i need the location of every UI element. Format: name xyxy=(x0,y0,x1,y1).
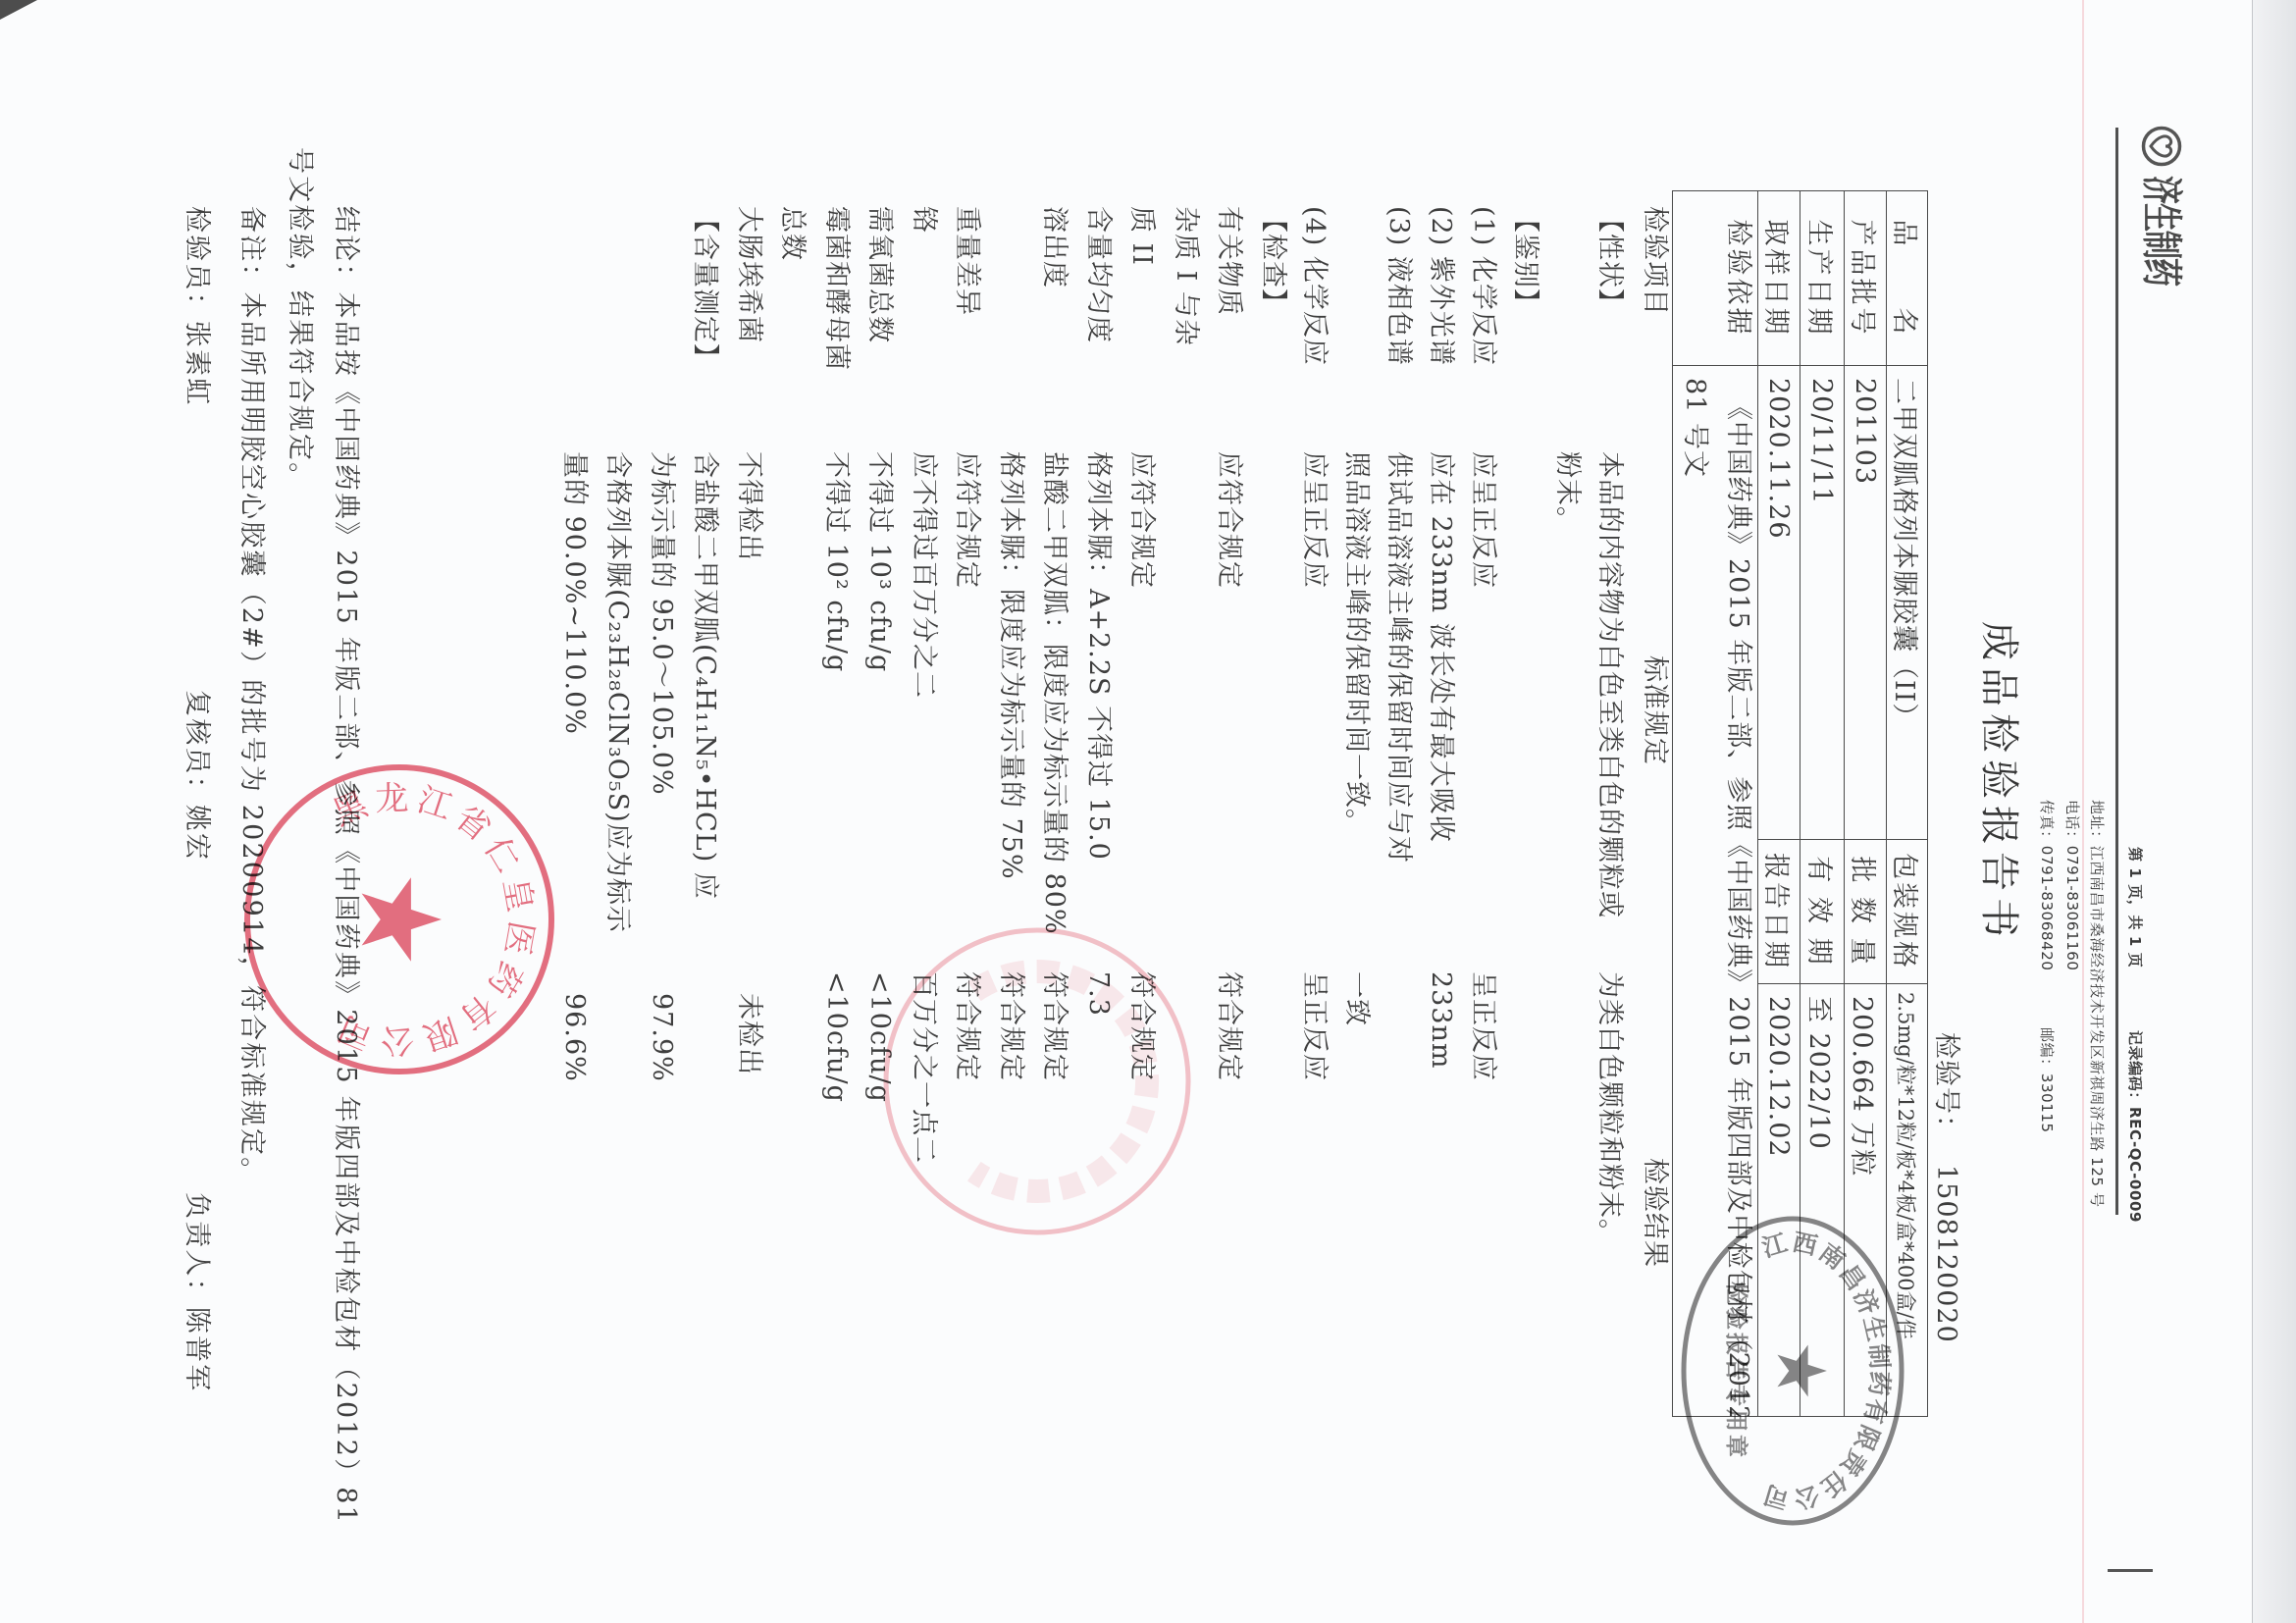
company-fax: 传真：0791-83068420 xyxy=(2037,800,2057,971)
test-standard: 为标示量的 95.0～105.0% xyxy=(646,451,677,796)
batch-number-value: 201103 xyxy=(1845,366,1887,840)
company-address: 地址：江西南昌市桑海经济技术开发区新祺周济生路 125 号 xyxy=(2087,800,2107,1208)
result-row: 铬应不得过百万分之二百万分之一点二 xyxy=(908,0,939,1623)
test-item: 重量差异 xyxy=(951,206,982,316)
report-title: 成品检验报告书 xyxy=(1975,621,2022,944)
test-result: 呈正反应 xyxy=(1298,971,1330,1081)
test-result: 为类白色颗粒和粉末。 xyxy=(1593,971,1625,1246)
result-row: 霉菌和酵母菌不得过 10² cfu/g<10cfu/g xyxy=(820,0,852,1623)
result-row: 含量均匀度格列本脲：A+2.2S 不得过 15.07.3 xyxy=(1082,0,1114,1623)
package-spec-label: 包装规格 xyxy=(1887,840,1928,984)
test-item: 含量均匀度 xyxy=(1082,206,1114,343)
column-header-item: 检验项目 xyxy=(1639,206,1670,316)
company-name: 济生制药 xyxy=(2140,176,2183,286)
test-item: 溶出度 xyxy=(1038,206,1070,288)
stamp-faded-text xyxy=(974,971,1147,1191)
results-header: 检验项目 标准规定 检验结果 xyxy=(1639,0,1670,1623)
result-row: 含格列本脲(C₂₃H₂₈ClN₃O₅S)应为标示 xyxy=(601,0,633,1623)
result-row: 有关物质应符合规定符合规定 xyxy=(1213,0,1244,1623)
company-logo-icon xyxy=(2140,125,2183,168)
test-item: (1) 化学反应 xyxy=(1467,206,1498,366)
test-standard: 应符合规定 xyxy=(1213,451,1244,589)
inspection-number: 1508120020 xyxy=(1930,1165,1961,1343)
test-standard: 含格列本脲(C₂₃H₂₈ClN₃O₅S)应为标示 xyxy=(601,451,633,933)
test-item: 质 II xyxy=(1125,206,1157,266)
expiry-label: 有 效 期 xyxy=(1800,840,1845,984)
test-standard: 应符合规定 xyxy=(951,451,982,589)
test-item: 需氧菌总数 xyxy=(863,206,895,343)
test-standard: 照品溶液主峰的保留时间一致。 xyxy=(1340,451,1372,836)
result-row: 重量差异应符合规定符合规定 xyxy=(951,0,982,1623)
result-row: 【检查】 xyxy=(1257,0,1288,1623)
test-item: 【性状】 xyxy=(1593,206,1625,316)
result-row: (3) 液相色谱供试品溶液主峰的保留时间应与对 xyxy=(1383,0,1414,1623)
sampling-date-value: 2020.11.26 xyxy=(1758,366,1800,840)
test-result: 97.9% xyxy=(646,993,677,1082)
conclusion-line: 号文检验，结果符合规定。 xyxy=(284,147,315,491)
test-item: 【检查】 xyxy=(1257,206,1288,316)
star-icon xyxy=(362,877,442,962)
result-row: (1) 化学反应应呈正反应呈正反应 xyxy=(1467,0,1498,1623)
test-standard: 量的 90.0%~110.0% xyxy=(558,451,590,735)
test-standard: 盐酸二甲双胍：限度应为标示量的 80% xyxy=(1038,451,1070,935)
sampling-date-label: 取样日期 xyxy=(1758,191,1800,366)
header-rule xyxy=(2115,128,2118,1215)
qc-report-stamp: 江西南昌济生制药有限责任公司 检验报告专用章 xyxy=(1670,1204,1915,1538)
test-basis-label: 检验依据 xyxy=(1673,191,1758,366)
column-header-standard: 标准规定 xyxy=(1639,655,1670,765)
inspection-number-label: 检验号： xyxy=(1930,1032,1961,1142)
logo-heart xyxy=(2151,136,2171,156)
record-code: 记录编码：REC-QC-0009 xyxy=(2125,1030,2145,1223)
result-row: 为标示量的 95.0～105.0%97.9% xyxy=(646,0,677,1623)
logo-ring xyxy=(2144,129,2180,165)
test-standard: 应呈正反应 xyxy=(1467,451,1498,589)
result-row: (2) 紫外光谱应在 233nm 波长处有最大吸收233nm xyxy=(1425,0,1456,1623)
result-row: 粉末。 xyxy=(1551,0,1583,1623)
test-standard: 应符合规定 xyxy=(1125,451,1157,589)
test-result: 233nm xyxy=(1425,971,1456,1070)
test-standard: 不得过 10³ cfu/g xyxy=(863,451,895,672)
company-phone: 电话：0791-83061160 xyxy=(2062,800,2082,971)
production-date-value: 20/11/11 xyxy=(1800,366,1845,840)
test-result: 符合规定 xyxy=(1213,971,1244,1081)
test-standard: 本品的内容物为白色至类白色的颗粒或 xyxy=(1593,451,1625,918)
test-standard: 格列本脲：A+2.2S 不得过 15.0 xyxy=(1082,451,1114,861)
product-name-label: 品 名 xyxy=(1887,191,1928,366)
receiver-stamp: 黑龙江省仁皇医药有限公司 xyxy=(233,753,566,1086)
result-row: 照品溶液主峰的保留时间一致。一致 xyxy=(1340,0,1372,1623)
test-standard: 粉末。 xyxy=(1551,451,1583,534)
result-row: 格列本脲：限度应为标示量的 75%符合规定 xyxy=(995,0,1026,1623)
test-standard: 不得检出 xyxy=(733,451,764,561)
stamp-center-text: 检验报告专用章 xyxy=(1723,1282,1749,1460)
test-item: 大肠埃希菌 xyxy=(733,206,764,343)
test-standard: 应呈正反应 xyxy=(1298,451,1330,589)
scanner-streak xyxy=(2082,0,2084,1623)
test-item: 杂质 I 与杂 xyxy=(1170,206,1201,346)
column-header-result: 检验结果 xyxy=(1639,1158,1670,1268)
batch-quantity-label: 批 数 量 xyxy=(1845,840,1887,984)
test-standard: 格列本脲：限度应为标示量的 75% xyxy=(995,451,1026,880)
company-postcode: 邮编：330115 xyxy=(2037,1027,2057,1133)
scan-mark xyxy=(2108,1569,2153,1572)
test-standard: 应在 233nm 波长处有最大吸收 xyxy=(1425,451,1456,843)
result-row: 溶出度盐酸二甲双胍：限度应为标示量的 80%符合规定 xyxy=(1038,0,1070,1623)
test-result: 一致 xyxy=(1340,971,1372,1026)
test-standard: 供试品溶液主峰的保留时间应与对 xyxy=(1383,451,1414,864)
result-row: 【鉴别】 xyxy=(1509,0,1540,1623)
star-icon xyxy=(1777,1344,1826,1396)
test-item: 铬 xyxy=(908,206,939,234)
paper-edge xyxy=(2252,0,2296,1623)
test-item: 【鉴别】 xyxy=(1509,206,1540,316)
production-date-label: 生产日期 xyxy=(1800,191,1845,366)
product-name-value: 二甲双胍格列本脲胶囊（II） xyxy=(1887,366,1928,840)
batch-number-label: 产品批号 xyxy=(1845,191,1887,366)
test-item: (3) 液相色谱 xyxy=(1383,206,1414,366)
result-row: 【性状】本品的内容物为白色至类白色的颗粒或为类白色颗粒和粉末。 xyxy=(1593,0,1625,1623)
scan-corner-artifact xyxy=(0,0,37,20)
test-item: 【含量测定】 xyxy=(689,206,720,371)
report-date-label: 报告日期 xyxy=(1758,840,1800,984)
report-page: 济生制药 第 1 页，共 1 页 记录编码：REC-QC-0009 地址：江西南… xyxy=(0,0,2296,1623)
test-standard: 不得过 10² cfu/g xyxy=(820,451,852,672)
result-row: 杂质 I 与杂 xyxy=(1170,0,1201,1623)
quality-stamp xyxy=(870,915,1204,1248)
test-item: (2) 紫外光谱 xyxy=(1425,206,1456,366)
test-item: (4) 化学反应 xyxy=(1298,206,1330,366)
supervisor-signature: 负责人：陈普军 xyxy=(181,1192,212,1392)
test-standard: 应不得过百万分之二 xyxy=(908,451,939,699)
test-item: 总数 xyxy=(776,206,808,261)
result-row: 总数 xyxy=(776,0,808,1623)
result-row: 质 II应符合规定符合规定 xyxy=(1125,0,1157,1623)
result-row: 【含量测定】含盐酸二甲双胍(C₄H₁₁N₅•HCL) 应 xyxy=(689,0,720,1623)
inspector-signature: 检验员：张素虹 xyxy=(181,206,212,406)
result-row: 需氧菌总数不得过 10³ cfu/g<10cfu/g xyxy=(863,0,895,1623)
test-standard: 含盐酸二甲双胍(C₄H₁₁N₅•HCL) 应 xyxy=(689,451,720,900)
page-info: 第 1 页，共 1 页 xyxy=(2125,847,2145,968)
result-row: 大肠埃希菌不得检出未检出 xyxy=(733,0,764,1623)
test-result: <10cfu/g xyxy=(820,971,852,1103)
result-row: (4) 化学反应应呈正反应呈正反应 xyxy=(1298,0,1330,1623)
reviewer-signature: 复核员：姚宏 xyxy=(181,690,212,862)
test-result: 未检出 xyxy=(733,993,764,1075)
test-result: 呈正反应 xyxy=(1467,971,1498,1081)
test-item: 有关物质 xyxy=(1213,206,1244,316)
test-item: 霉菌和酵母菌 xyxy=(820,206,852,371)
